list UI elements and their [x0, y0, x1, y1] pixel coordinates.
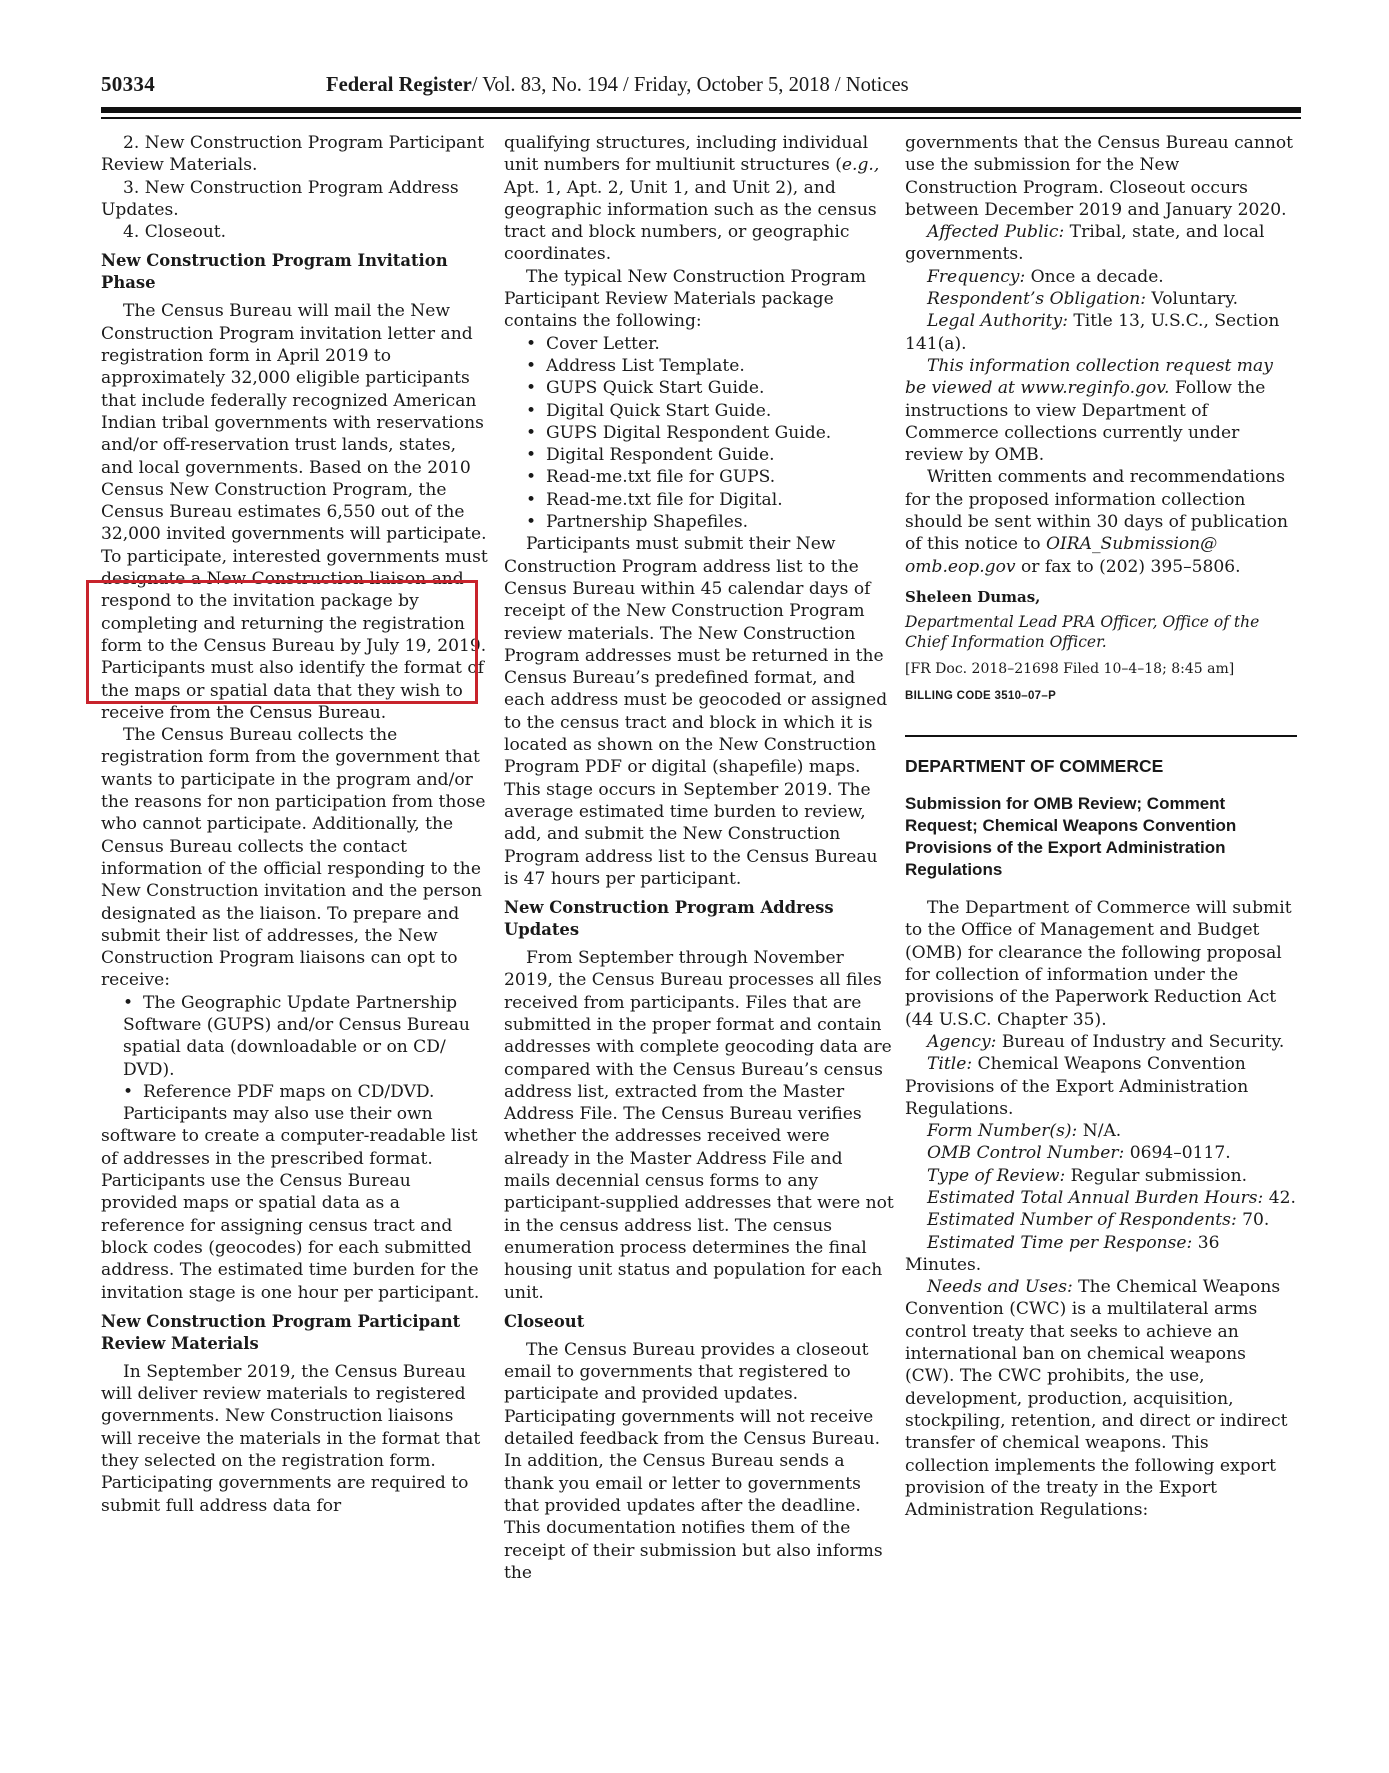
section-heading-closeout: Closeout	[504, 1311, 894, 1333]
signer-name: Sheleen Dumas,	[905, 586, 1297, 608]
package-item: GUPS Quick Start Guide.	[504, 377, 894, 399]
field-value: 0694–0117.	[1124, 1143, 1230, 1163]
column-1: 2. New Construction Program Participant …	[101, 132, 489, 1517]
paragraph-continued: qualifying structures, including individ…	[504, 132, 894, 266]
field-value: Bureau of Industry and Security.	[996, 1032, 1284, 1052]
notice-title: Submission for OMB Review; Comment Reque…	[905, 793, 1297, 881]
field-value: Once a decade.	[1025, 267, 1164, 287]
section-heading-review: New Construction Program Participant Rev…	[101, 1311, 489, 1355]
header-rule-thin	[101, 117, 1301, 119]
italic-eg: e.g.,	[842, 155, 879, 175]
list-item: 2. New Construction Program Participant …	[101, 132, 489, 177]
text-span: Apt. 1, Apt. 2, Unit 1, and Unit 2), and…	[504, 178, 877, 265]
package-item: Cover Letter.	[504, 333, 894, 355]
issue-details: / Vol. 83, No. 194 / Friday, October 5, …	[472, 72, 909, 96]
signer-title: Departmental Lead PRA Officer, Office of…	[905, 612, 1297, 652]
field-needs-and-uses: Needs and Uses: The Chemical Weapons Con…	[905, 1276, 1297, 1521]
paragraph-invitation-3: Participants may also use their own soft…	[101, 1103, 489, 1304]
section-heading-updates: New Construction Program Address Updates	[504, 897, 894, 941]
field-label: Estimated Time per Response:	[927, 1233, 1192, 1253]
field-burden-hours: Estimated Total Annual Burden Hours: 42.	[905, 1187, 1297, 1209]
field-title: Title: Chemical Weapons Convention Provi…	[905, 1053, 1297, 1120]
field-type-of-review: Type of Review: Regular submission.	[905, 1165, 1297, 1187]
field-label: Form Number(s):	[927, 1121, 1077, 1141]
field-omb-control-number: OMB Control Number: 0694–0117.	[905, 1142, 1297, 1164]
field-respondents: Estimated Number of Respondents: 70.	[905, 1209, 1297, 1231]
field-label: Needs and Uses:	[927, 1277, 1073, 1297]
section-divider	[905, 735, 1297, 737]
field-value: Voluntary.	[1146, 289, 1238, 309]
package-item: Address List Template.	[504, 355, 894, 377]
page-number: 50334	[101, 72, 155, 97]
package-item: GUPS Digital Respondent Guide.	[504, 422, 894, 444]
field-value: 70.	[1237, 1210, 1270, 1230]
field-agency: Agency: Bureau of Industry and Security.	[905, 1031, 1297, 1053]
field-value: The Chemical Weapons Convention (CWC) is…	[905, 1277, 1287, 1520]
package-item: Read-me.txt file for Digital.	[504, 489, 894, 511]
field-value: N/A.	[1077, 1121, 1121, 1141]
field-label: Affected Public:	[927, 222, 1064, 242]
field-label: Respondent’s Obligation:	[927, 289, 1146, 309]
field-label: Estimated Number of Respondents:	[927, 1210, 1237, 1230]
header-rule-thick	[101, 107, 1301, 113]
running-head: Federal Register/ Vol. 83, No. 194 / Fri…	[326, 72, 909, 97]
paragraph-package: The typical New Construction Program Par…	[504, 266, 894, 333]
paragraph-review-1: In September 2019, the Census Bureau wil…	[101, 1361, 489, 1517]
field-form-number: Form Number(s): N/A.	[905, 1120, 1297, 1142]
bullet-item: The Geographic Update Partnership Softwa…	[101, 992, 489, 1081]
field-label: Title:	[927, 1054, 972, 1074]
paragraph-comments: Written comments and recommendations for…	[905, 466, 1297, 577]
fr-doc-line: [FR Doc. 2018–21698 Filed 10–4–18; 8:45 …	[905, 658, 1297, 680]
field-label: Type of Review:	[927, 1166, 1065, 1186]
department-heading: DEPARTMENT OF COMMERCE	[905, 755, 1297, 777]
field-label: Agency:	[927, 1032, 996, 1052]
billing-code: BILLING CODE 3510–07–P	[905, 685, 1297, 707]
text-span: or fax to (202) 395–5806.	[1016, 557, 1241, 577]
bullet-item: Reference PDF maps on CD/DVD.	[101, 1081, 489, 1103]
field-label: Frequency:	[927, 267, 1025, 287]
field-obligation: Respondent’s Obligation: Voluntary.	[905, 288, 1297, 310]
page-header: 50334 Federal Register/ Vol. 83, No. 194…	[101, 72, 1301, 102]
section-heading-invitation: New Construction Program Invitation Phas…	[101, 250, 489, 294]
package-item: Read-me.txt file for GUPS.	[504, 466, 894, 488]
column-2: qualifying structures, including individ…	[504, 132, 894, 1584]
package-item: Partnership Shapefiles.	[504, 511, 894, 533]
paragraph-intro: The Department of Commerce will submit t…	[905, 897, 1297, 1031]
field-time-per-response: Estimated Time per Response: 36 Minutes.	[905, 1232, 1297, 1277]
field-label: OMB Control Number:	[927, 1143, 1124, 1163]
paragraph-closeout: The Census Bureau provides a closeout em…	[504, 1339, 894, 1584]
list-item: 4. Closeout.	[101, 221, 489, 243]
field-legal-authority: Legal Authority: Title 13, U.S.C., Secti…	[905, 310, 1297, 355]
paragraph-reginfo: This information collection request may …	[905, 355, 1297, 466]
paragraph-updates: From September through November 2019, th…	[504, 947, 894, 1304]
field-value: 42.	[1263, 1188, 1296, 1208]
paragraph-invitation-2: The Census Bureau collects the registrat…	[101, 724, 489, 992]
field-value: Regular submission.	[1065, 1166, 1247, 1186]
package-item: Digital Respondent Guide.	[504, 444, 894, 466]
field-frequency: Frequency: Once a decade.	[905, 266, 1297, 288]
field-affected-public: Affected Public: Tribal, state, and loca…	[905, 221, 1297, 266]
text-span: qualifying structures, including individ…	[504, 133, 868, 175]
column-3: governments that the Census Bureau canno…	[905, 132, 1297, 1521]
highlight-annotation-box	[86, 580, 478, 704]
paragraph-submit: Participants must submit their New Const…	[504, 533, 894, 890]
paragraph-continued: governments that the Census Bureau canno…	[905, 132, 1297, 221]
package-item: Digital Quick Start Guide.	[504, 400, 894, 422]
publication-name: Federal Register	[326, 72, 472, 96]
list-item: 3. New Construction Program Address Upda…	[101, 177, 489, 222]
field-label: Estimated Total Annual Burden Hours:	[927, 1188, 1263, 1208]
field-label: Legal Authority:	[927, 311, 1068, 331]
